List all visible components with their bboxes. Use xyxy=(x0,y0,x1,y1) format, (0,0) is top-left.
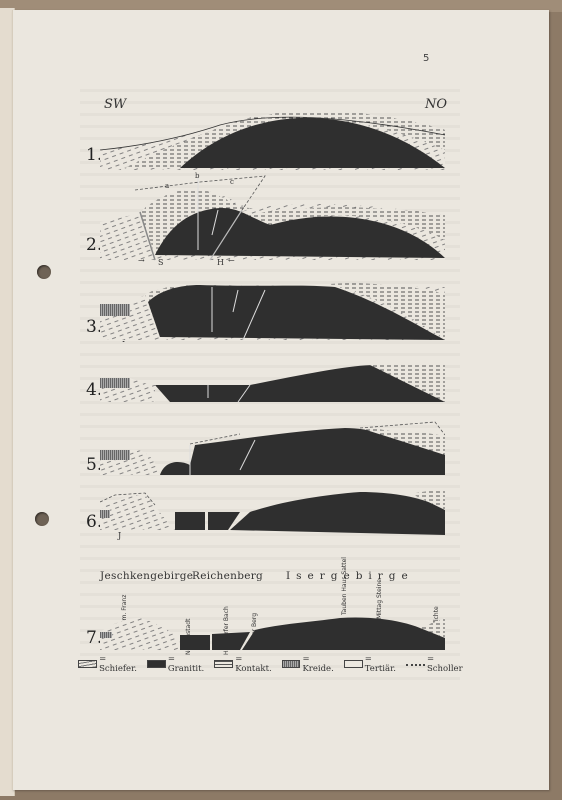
legend-label: = Tertiär. xyxy=(365,654,399,674)
cross-section-5 xyxy=(100,420,445,480)
punch-hole-bottom xyxy=(35,512,49,526)
svg-text:→: → xyxy=(138,256,145,265)
punch-hole-top xyxy=(37,265,51,279)
cross-section-2: a b c S H → ← xyxy=(100,170,445,265)
legend-item-tertiar: = Tertiär. xyxy=(344,654,399,674)
legend: = Schiefer. = Granitit. = Kontakt. = Kre… xyxy=(78,655,458,673)
cross-section-1 xyxy=(100,100,445,170)
svg-text:J: J xyxy=(117,531,121,540)
cross-section-7 xyxy=(100,610,445,652)
legend-label: = Granitit. xyxy=(168,654,207,674)
schiefer-swatch xyxy=(78,660,97,668)
region-label-isergebirge: Isergebirge xyxy=(286,570,414,582)
cross-section-3: L xyxy=(100,282,445,342)
svg-text:b: b xyxy=(195,172,200,180)
svg-text:←: ← xyxy=(228,256,235,265)
tertiar-swatch xyxy=(344,660,363,668)
svg-text:H: H xyxy=(217,258,224,265)
legend-item-scholler: = Scholler xyxy=(406,654,466,674)
kontakt-swatch xyxy=(214,660,233,668)
page-number: 5 xyxy=(423,53,429,64)
granitit-swatch xyxy=(147,660,166,668)
cross-section-6: J xyxy=(100,490,445,540)
svg-text:a: a xyxy=(165,182,169,190)
legend-label: = Scholler xyxy=(427,654,466,674)
legend-item-kreide: = Kreide. xyxy=(282,654,337,674)
svg-text:c: c xyxy=(230,178,234,186)
region-label-reichenberg: Reichenberg xyxy=(192,570,263,582)
legend-item-schiefer: = Schiefer. xyxy=(78,654,140,674)
svg-text:S: S xyxy=(158,258,163,265)
legend-item-granitit: = Granitit. xyxy=(147,654,207,674)
region-label-jeschkengebirge: Jeschkengebirge xyxy=(100,570,193,582)
scholler-swatch xyxy=(406,662,425,666)
kreide-swatch xyxy=(282,660,301,668)
legend-label: = Kontakt. xyxy=(235,654,274,674)
svg-text:L: L xyxy=(122,340,128,342)
legend-label: = Kreide. xyxy=(302,654,337,674)
place-label: Tauben Haus Sattel xyxy=(341,557,348,615)
cross-section-4 xyxy=(100,360,445,405)
legend-item-kontakt: = Kontakt. xyxy=(214,654,274,674)
legend-label: = Schiefer. xyxy=(99,654,140,674)
